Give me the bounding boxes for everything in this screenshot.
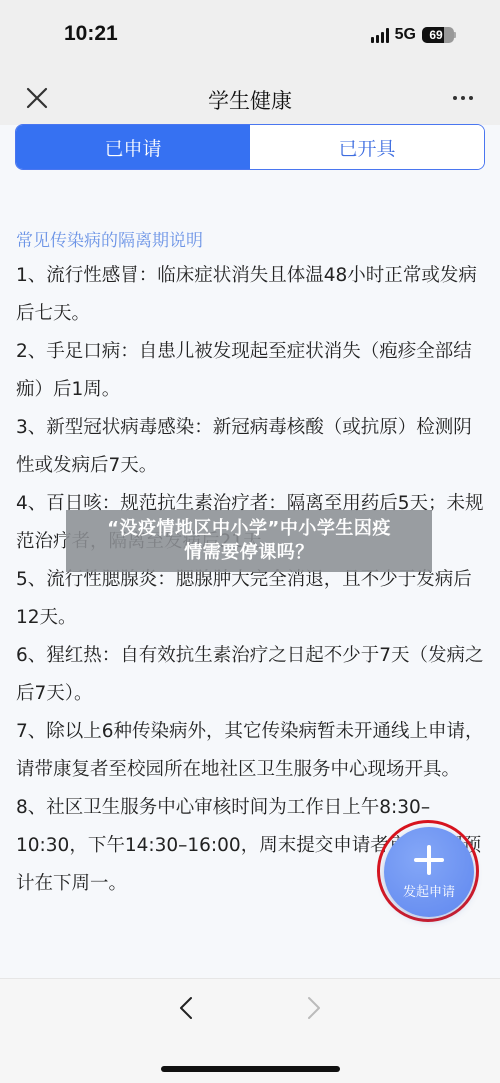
new-application-label: 发起申请 (403, 881, 455, 900)
home-indicator[interactable] (161, 1066, 340, 1072)
battery-icon: 69 (422, 27, 456, 43)
chevron-left-icon[interactable] (172, 993, 202, 1023)
page-title: 学生健康 (0, 85, 500, 115)
cellular-signal-icon (371, 27, 389, 43)
chevron-right-icon[interactable] (298, 993, 328, 1023)
battery-percent: 69 (422, 27, 450, 43)
overlay-caption-banner: “没疫情地区中小学”中小学生因疫 情需要停课吗？ (66, 510, 432, 572)
new-application-button[interactable]: 发起申请 (384, 827, 474, 917)
rule-item: 2、手足口病：自患儿被发现起至症状消失（疱疹全部结痂）后1周。 (16, 333, 486, 409)
rule-item: 6、猩红热：自有效抗生素治疗之日起不少于7天（发病之后7天）。 (16, 637, 486, 713)
rule-item: 1、流行性感冒：临床症状消失且体温48小时正常或发病后七天。 (16, 257, 486, 333)
tab-applied[interactable]: 已申请 (16, 125, 250, 169)
status-indicators: 5G 69 (371, 26, 456, 44)
rule-item: 7、除以上6种传染病外，其它传染病暂未开通线上申请，请带康复者至校园所在地社区卫… (16, 713, 486, 789)
caption-line-1: “没疫情地区中小学”中小学生因疫 (107, 517, 391, 541)
rule-item: 3、新型冠状病毒感染：新冠病毒核酸（或抗原）检测阴性或发病后7天。 (16, 409, 486, 485)
tab-bar: 已申请 已开具 (15, 124, 485, 170)
navigation-bar: 学生健康 (0, 75, 500, 125)
browser-bottom-bar (0, 978, 500, 1083)
status-bar: 10:21 5G 69 (0, 0, 500, 75)
plus-icon (414, 845, 444, 875)
caption-line-2: 情需要停课吗？ (184, 541, 314, 565)
tab-issued[interactable]: 已开具 (250, 125, 484, 169)
section-title: 常见传染病的隔离期说明 (16, 226, 486, 256)
network-type: 5G (395, 26, 416, 44)
more-icon[interactable] (448, 83, 478, 113)
rule-item: 5、流行性腮腺炎：腮腺肿大完全消退，且不少于发病后12天。 (16, 561, 486, 637)
status-time: 10:21 (64, 22, 118, 46)
